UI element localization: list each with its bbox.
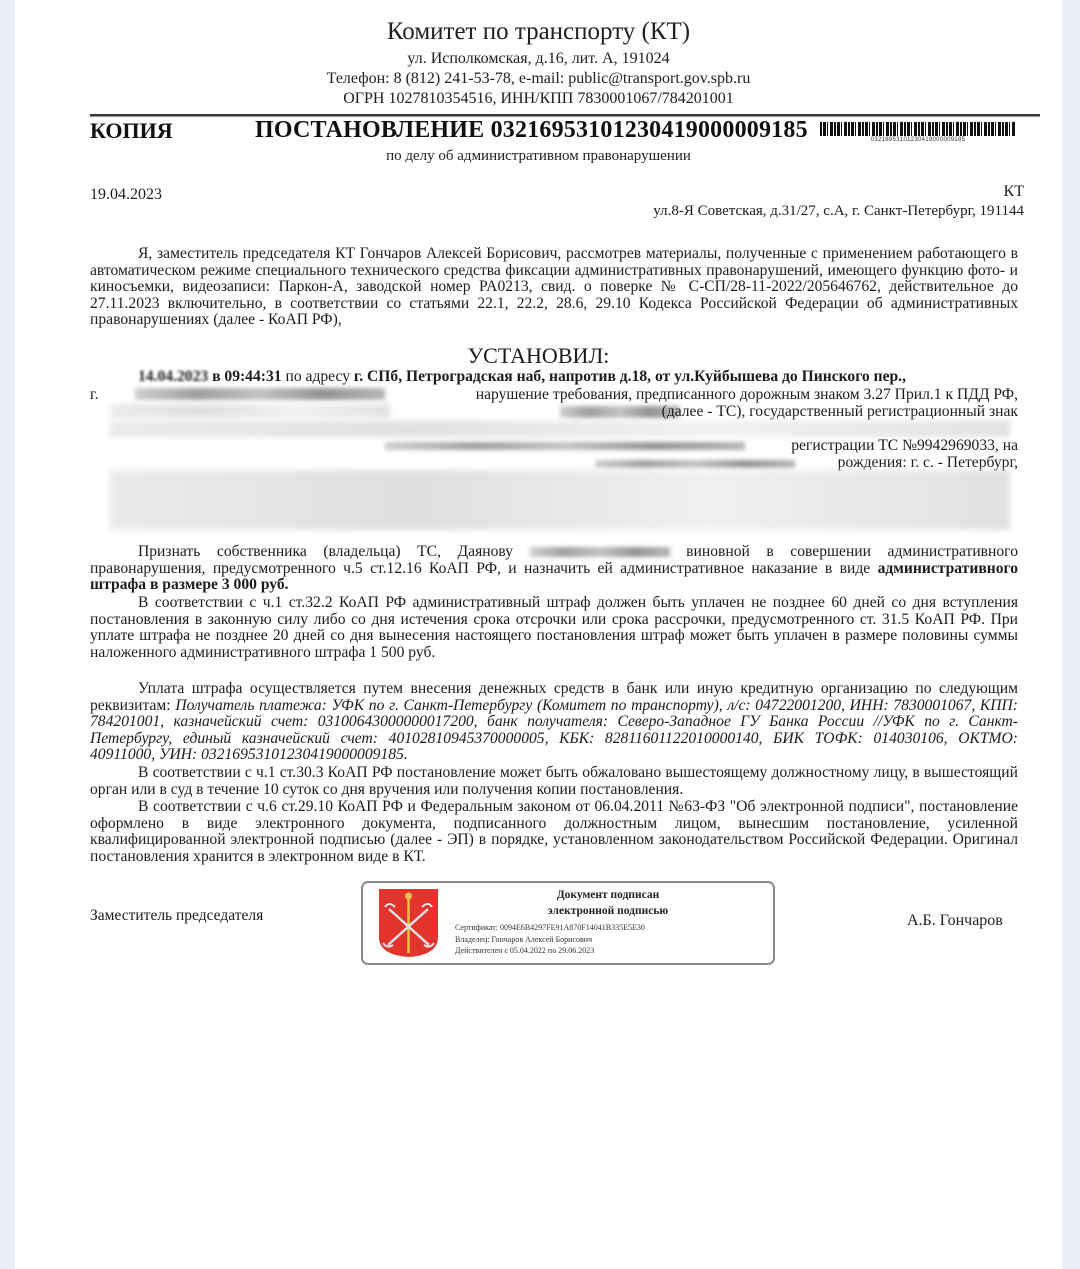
violation-date-redacted: 14.04.2023 xyxy=(138,368,208,385)
redacted-block xyxy=(135,388,385,400)
spb-coat-of-arms-icon xyxy=(377,887,440,959)
stamp-title: Документ подписан электронной подписью xyxy=(453,887,763,919)
stamp-certificate: Сертификат: 0094E6B4297FE91A870F14041B33… xyxy=(455,923,645,932)
stamp-title-line-1: Документ подписан xyxy=(453,887,763,903)
violation-address: г. СПб, Петроградская наб, напротив д.18… xyxy=(354,368,906,385)
established-line-3: (далее - ТС), государственный регистраци… xyxy=(662,403,1018,421)
line2-start: г. xyxy=(90,386,99,404)
stamp-owner: Владелец: Гончаров Алексей Борисович xyxy=(455,935,592,944)
document-title: ПОСТАНОВЛЕНИЕ 03216953101230419000009185 xyxy=(255,117,808,144)
redacted-block xyxy=(110,470,1010,530)
payment-details-paragraph: Уплата штрафа осуществляется путем внесе… xyxy=(90,681,1018,764)
redacted-name xyxy=(530,547,670,557)
document-subtitle: по делу об административном правонарушен… xyxy=(15,148,1062,165)
address-prefix: по адресу xyxy=(285,368,350,385)
document-date: 19.04.2023 xyxy=(90,186,162,204)
appeal-paragraph: В соответствии с ч.1 ст.30.3 КоАП РФ пос… xyxy=(90,765,1018,798)
org-registry: ОГРН 1027810354516, ИНН/КПП 7830001067/7… xyxy=(15,90,1062,108)
issuing-org: КТ xyxy=(1004,183,1024,201)
stamp-validity: Действителен с 05.04.2022 по 29.06.2023 xyxy=(455,946,594,955)
barcode-icon xyxy=(820,122,1016,136)
payment-requisites: Получатель платежа: УФК по г. Санкт-Пете… xyxy=(90,697,1018,764)
stamp-title-line-2: электронной подписью xyxy=(453,903,763,919)
redacted-block xyxy=(110,421,1010,437)
signer-name: А.Б. Гончаров xyxy=(907,912,1003,930)
document-page: Комитет по транспорту (КТ) ул. Исполкомс… xyxy=(15,0,1062,1269)
established-line-2: нарушение требования, предписанного доро… xyxy=(476,386,1018,404)
decision-lead: Признать собственника (владельца) ТС, Да… xyxy=(138,543,513,560)
established-heading: УСТАНОВИЛ: xyxy=(15,343,1062,369)
redacted-block xyxy=(595,460,795,468)
violation-time: в 09:44:31 xyxy=(212,368,282,385)
copy-mark: КОПИЯ xyxy=(90,118,173,144)
decision-paragraph: Признать собственника (владельца) ТС, Да… xyxy=(90,544,1018,594)
redacted-block xyxy=(385,442,745,450)
org-contacts: Телефон: 8 (812) 241-53-78, e-mail: publ… xyxy=(15,70,1062,88)
org-address: ул. Исполкомская, д.16, лит. А, 191024 xyxy=(15,50,1062,68)
esign-paragraph: В соответствии с ч.6 ст.29.10 КоАП РФ и … xyxy=(90,799,1018,865)
org-title: Комитет по транспорту (КТ) xyxy=(15,18,1062,46)
redacted-block xyxy=(110,404,390,418)
established-line-1: 14.04.2023 в 09:44:31 по адресу г. СПб, … xyxy=(90,369,1018,386)
barcode-number: 03216953101230419000009185 xyxy=(820,137,1016,143)
established-line-4: регистрации ТС №9942969033, на xyxy=(791,437,1018,455)
intro-paragraph: Я, заместитель председателя КТ Гончаров … xyxy=(90,246,1018,329)
payment-deadline-paragraph: В соответствии с ч.1 ст.32.2 КоАП РФ адм… xyxy=(90,595,1018,661)
signer-role: Заместитель председателя xyxy=(90,907,263,925)
issuing-org-address: ул.8-Я Советская, д.31/27, с.А, г. Санкт… xyxy=(653,203,1024,220)
esign-stamp: Документ подписан электронной подписью С… xyxy=(361,881,775,965)
